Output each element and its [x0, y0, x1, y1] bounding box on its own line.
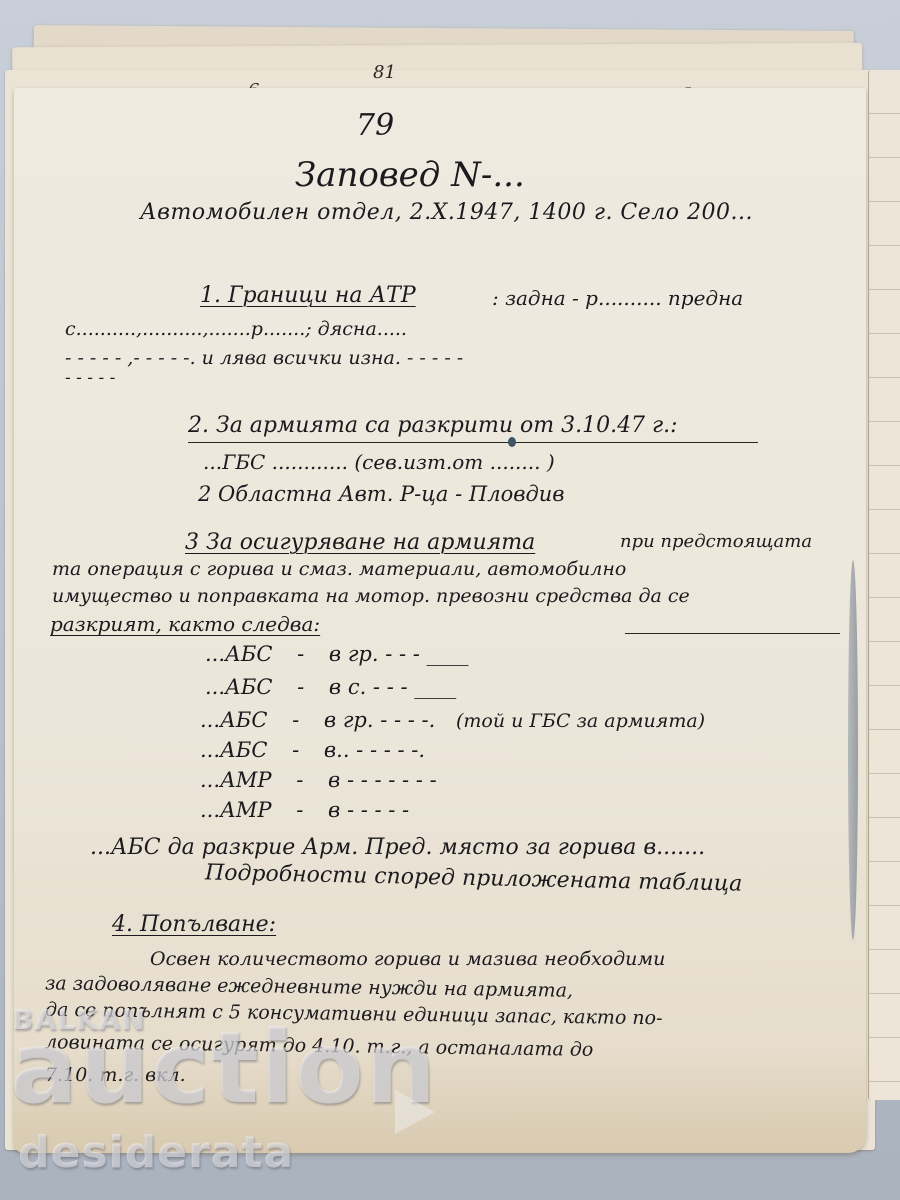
watermark-desiderata: desiderata — [18, 1127, 294, 1178]
depot-item: ...АБС - в.. - - - - -. — [200, 738, 425, 762]
depot-item: ...АМР - в - - - - - - - — [200, 768, 437, 792]
page-number: 79 — [356, 108, 394, 143]
section-1-line: : задна - р.......... предна — [492, 286, 743, 310]
section-1-line: - - - - - ,- - - - -. и лява всички изна… — [65, 347, 463, 369]
depot-item: ...АБС - в с. - - - ____ — [205, 675, 456, 699]
depot-code: ...АБС — [200, 708, 267, 732]
section-3-underline — [625, 633, 840, 634]
depot-location: в.. - - - - -. — [324, 738, 425, 762]
section-3-line: имущество и поправката на мотор. превозн… — [52, 585, 690, 607]
section-3-line: та операция с горива и смаз. материали, … — [52, 558, 626, 580]
depot-dash: - — [296, 798, 303, 822]
depot-location: в гр. - - - -. — [324, 708, 435, 732]
document-title: Заповед N-... — [295, 155, 525, 195]
section-3-heading: 3 За осигуряване на армията — [185, 530, 535, 555]
depot-code: ...АБС — [205, 642, 272, 666]
depot-code: ...АБС — [200, 738, 267, 762]
section-2-line: 2 Областна Авт. Р-ца - Пловдив — [198, 482, 565, 506]
ledger-sheet-edge — [868, 70, 900, 1100]
section-4-heading: 4. Попълване: — [112, 912, 276, 937]
back-page-number: 81 — [373, 62, 396, 83]
section-2-heading: 2. За армията са разкрити от 3.10.47 г.: — [188, 413, 678, 438]
depot-code: ...АБС — [205, 675, 272, 699]
depot-item: ...АБС - в гр. - - - ____ — [205, 642, 469, 666]
section-1-line: с..........,..........,.......р.......; … — [65, 318, 407, 340]
paper-fold-shadow — [848, 560, 858, 940]
depot-dash: - — [297, 675, 304, 699]
section-1-line: - - - - - — [65, 368, 115, 388]
depot-location: в с. - - - ____ — [329, 675, 456, 699]
depot-dash: - — [297, 642, 304, 666]
ink-blot — [508, 437, 516, 447]
depot-note: (той и ГБС за армията) — [456, 710, 705, 732]
depot-dash: - — [296, 768, 303, 792]
section-3-heading-suffix: при предстоящата — [620, 531, 812, 552]
depot-location: в - - - - - — [328, 798, 409, 822]
depot-location: в гр. - - - ____ — [329, 642, 469, 666]
section-2-line: ...ГБС ............ (сев.изт.от ........… — [203, 450, 555, 474]
section-1-heading: 1. Граници на АТР — [200, 283, 416, 308]
section-3-closing-line: ...АБС да разкрие Арм. Пред. място за го… — [90, 835, 705, 860]
depot-item: ...АБС - в гр. - - - -. (той и ГБС за ар… — [200, 708, 705, 732]
section-2-underline — [188, 442, 758, 443]
section-3-line: разкрият, както следва: — [50, 612, 320, 636]
watermark-auction: auction — [10, 1018, 437, 1118]
depot-dash: - — [292, 708, 299, 732]
depot-code: ...АМР — [200, 798, 272, 822]
depot-item: ...АМР - в - - - - - — [200, 798, 409, 822]
depot-location: в - - - - - - - — [328, 768, 437, 792]
depot-code: ...АМР — [200, 768, 272, 792]
section-4-line: Освен количеството горива и мазива необх… — [150, 948, 665, 970]
document-header-line: Автомобилен отдел, 2.X.1947, 1400 г. Сел… — [140, 200, 753, 225]
depot-dash: - — [292, 738, 299, 762]
watermark-arrow-icon — [395, 1090, 435, 1134]
